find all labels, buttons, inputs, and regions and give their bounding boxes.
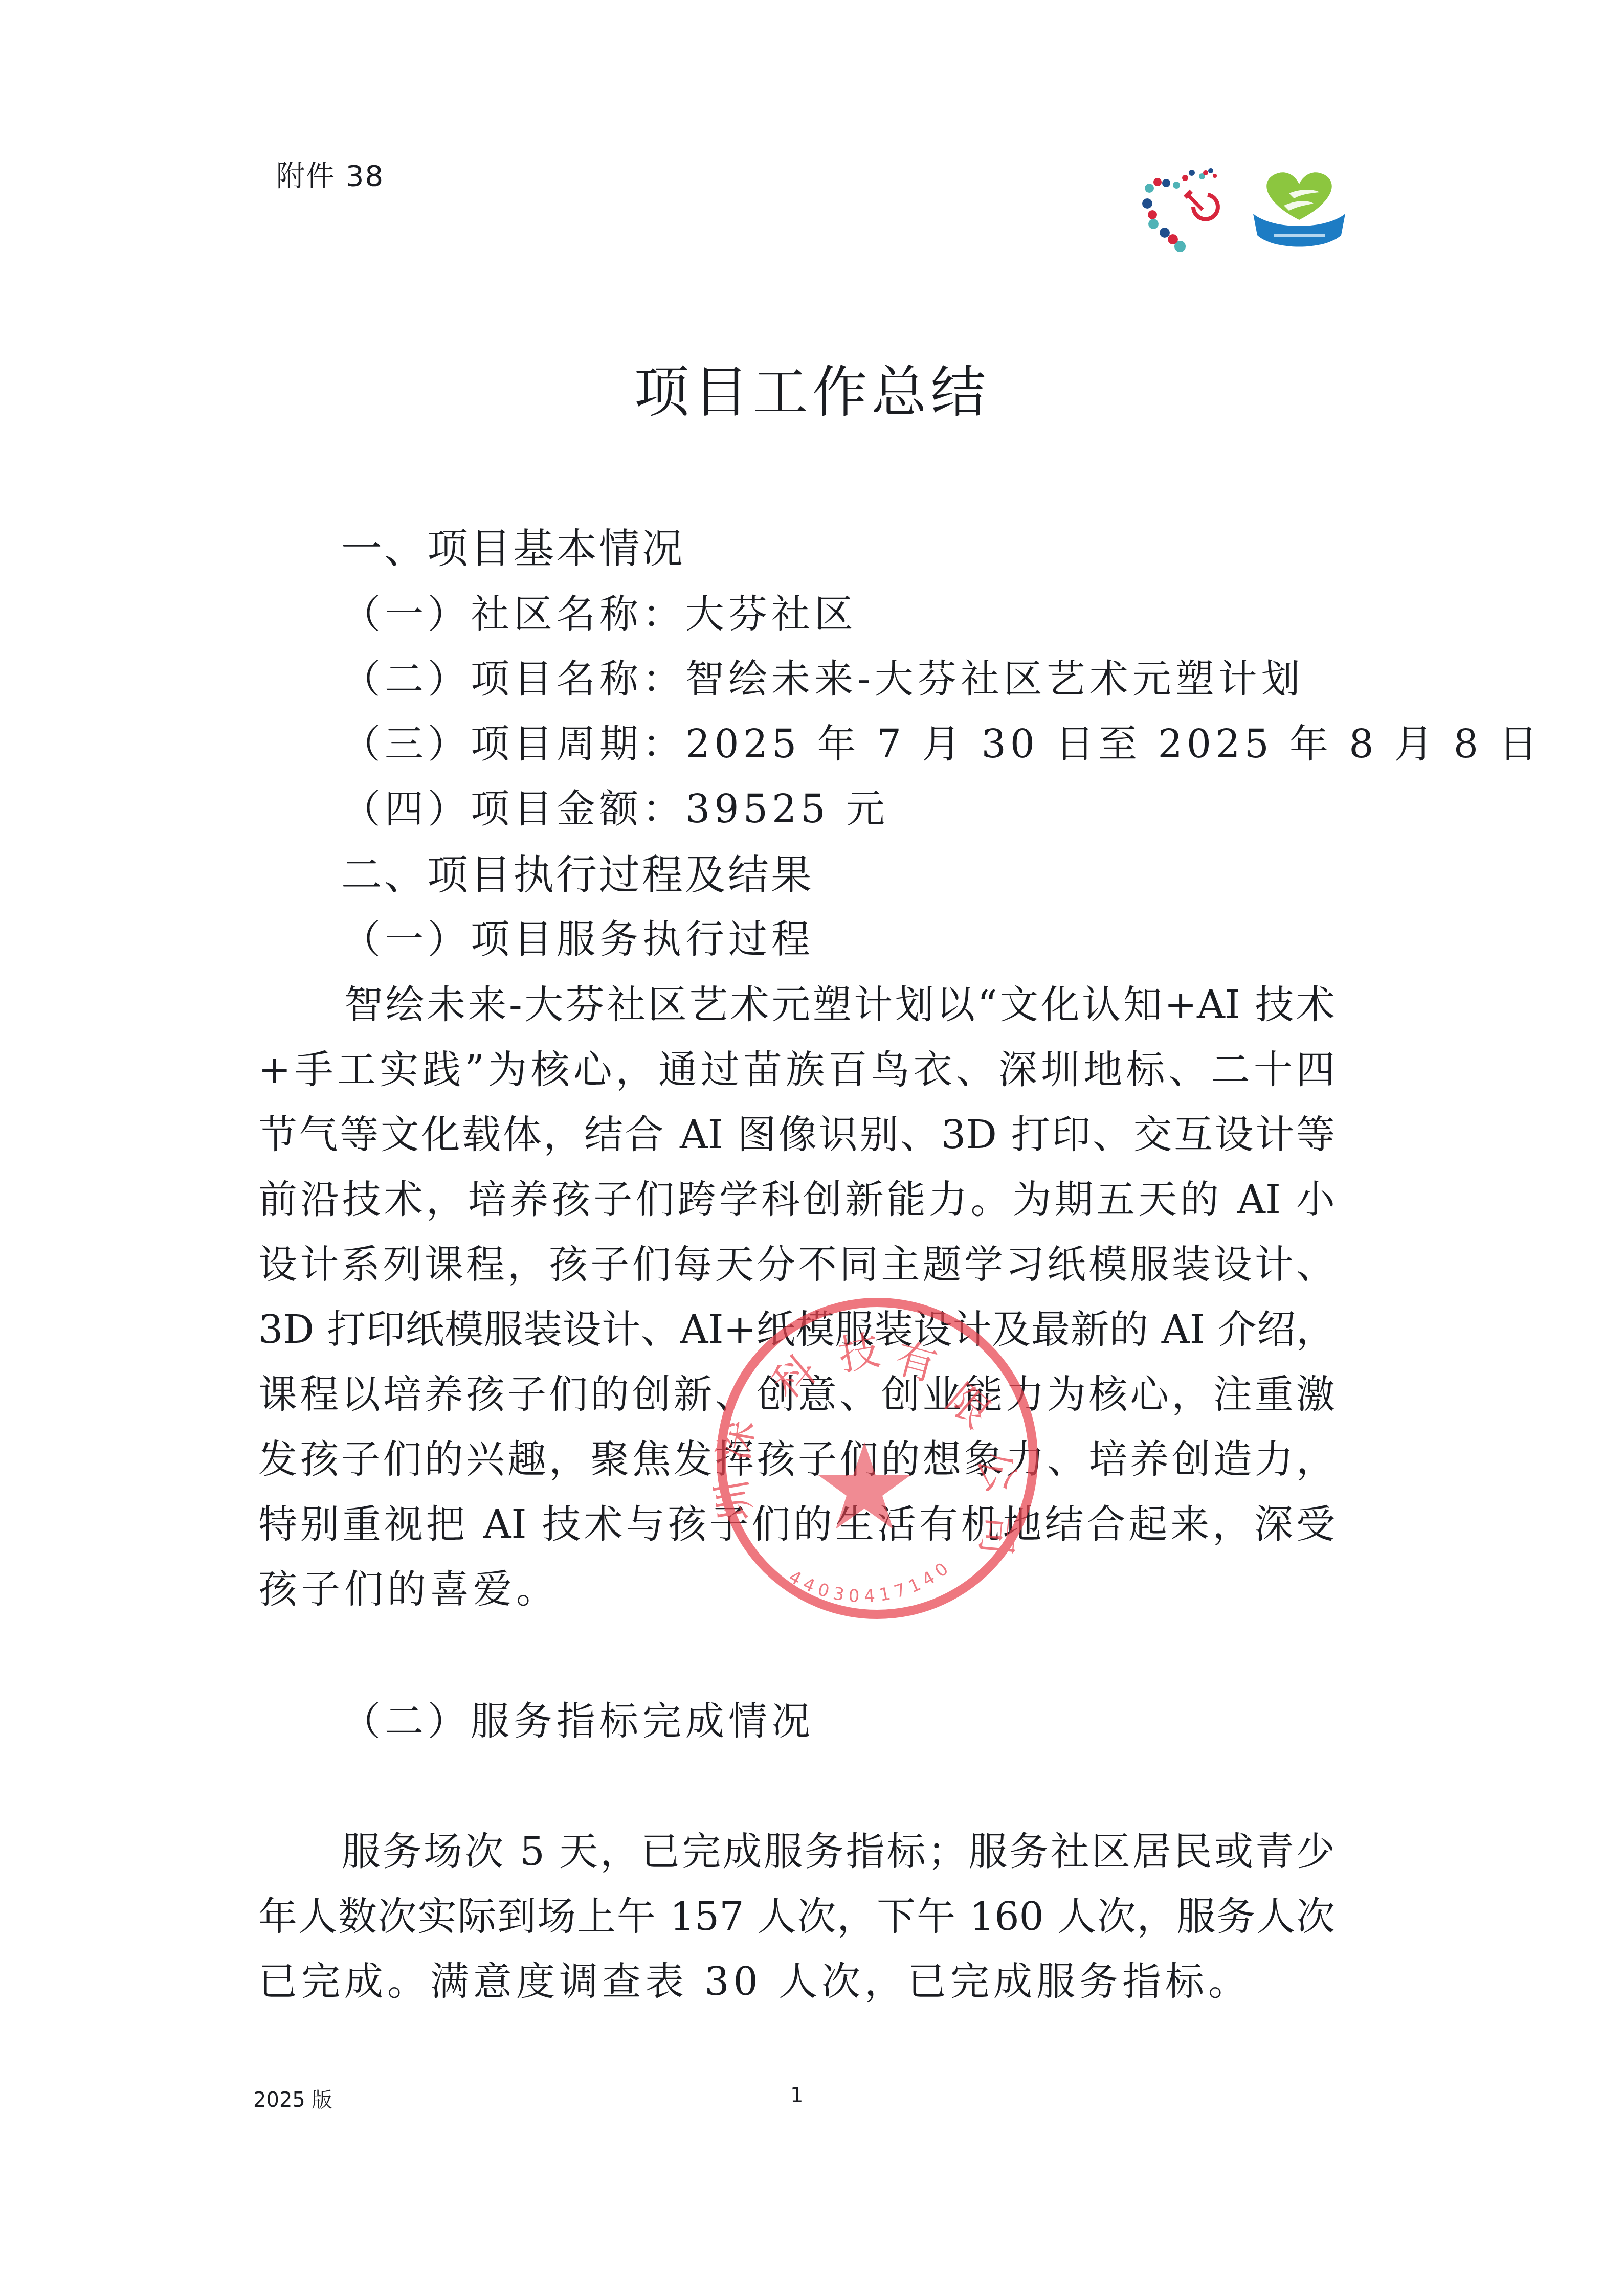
paragraph1-line: 特别重视把 AI 技术与孩子们的生活有机地结合起来，深受 bbox=[258, 1493, 1335, 1549]
paragraph1-line: 智绘未来-大芬社区艺术元塑计划以“文化认知+AI 技术 bbox=[344, 974, 1335, 1029]
section2-heading: 二、项目执行过程及结果 bbox=[341, 842, 814, 901]
basic-info-project-name: （二）项目名称：智绘未来-大芬社区艺术元塑计划 bbox=[342, 648, 1304, 704]
section1-heading: 一、项目基本情况 bbox=[341, 515, 685, 574]
sub2-heading: （二）服务指标完成情况 bbox=[342, 1690, 814, 1746]
paragraph1-line: 设计系列课程，孩子们每天分不同主题学习纸模服装设计、 bbox=[258, 1233, 1335, 1289]
minsheng-logo bbox=[1253, 172, 1345, 246]
attachment-label: 附件 38 bbox=[276, 153, 384, 194]
paragraph2-line: 服务场次 5 天，已完成服务指标；服务社区居民或青少 bbox=[342, 1820, 1335, 1876]
paragraph2-line: 已完成。满意度调查表 30 人次，已完成服务指标。 bbox=[258, 1950, 1251, 2006]
sub1-heading: （一）项目服务执行过程 bbox=[342, 908, 814, 964]
basic-info-project-amount: （四）项目金额：39525 元 bbox=[342, 778, 889, 834]
paragraph1-line: 发孩子们的兴趣，聚焦发挥孩子们的想象力、培养创造力， bbox=[258, 1428, 1335, 1484]
party-heart-logo bbox=[1142, 168, 1218, 252]
basic-info-project-period: （三）项目周期：2025 年 7 月 30 日至 2025 年 8 月 8 日 bbox=[342, 713, 1542, 769]
version-label: 2025 版 bbox=[253, 2084, 332, 2113]
paragraph1-line: 3D 打印纸模服装设计、AI+纸模服装设计及最新的 AI 介绍， bbox=[258, 1298, 1335, 1354]
paragraph1-line: +手工实践”为核心，通过苗族百鸟衣、深圳地标、二十四 bbox=[258, 1039, 1335, 1094]
page-number: 1 bbox=[790, 2084, 803, 2107]
header-logos bbox=[1138, 164, 1353, 256]
basic-info-community: （一）社区名称：大芬社区 bbox=[342, 583, 857, 639]
svg-text:44030417140: 44030417140 bbox=[785, 1556, 956, 1607]
paragraph1-line: 节气等文化载体，结合 AI 图像识别、3D 打印、交互设计等 bbox=[258, 1104, 1335, 1159]
paragraph1-line: 孩子们的喜爱。 bbox=[258, 1558, 559, 1614]
paragraph2-line: 年人数次实际到场上午 157 人次，下午 160 人次，服务人次 bbox=[258, 1885, 1335, 1941]
party-heart-logo-icon bbox=[1138, 164, 1353, 256]
paragraph1-line: 前沿技术，培养孩子们跨学科创新能力。为期五天的 AI 小 bbox=[258, 1168, 1335, 1224]
paragraph1-line: 课程以培养孩子们的创新、创意、创业能力为核心，注重激 bbox=[258, 1363, 1335, 1419]
page-title: 项目工作总结 bbox=[0, 348, 1624, 427]
